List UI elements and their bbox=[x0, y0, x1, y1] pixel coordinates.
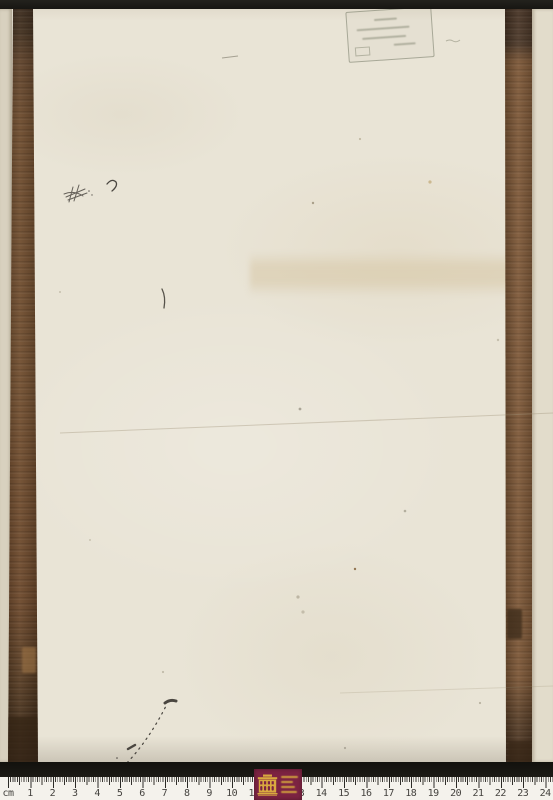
logo-text-line bbox=[281, 786, 295, 788]
ruler-label: 9 bbox=[206, 788, 212, 799]
stamp-text-line bbox=[362, 35, 406, 40]
faint-archive-ink-stamp bbox=[345, 6, 434, 63]
binding-tape-right bbox=[503, 9, 537, 768]
ruler-label: 18 bbox=[405, 788, 416, 799]
ruler-label: cm bbox=[2, 788, 13, 799]
ruler-label: 20 bbox=[450, 788, 461, 799]
ruler-label: 14 bbox=[316, 788, 327, 799]
ruler-label: 24 bbox=[540, 788, 551, 799]
logo-text-line bbox=[281, 781, 293, 783]
tape-wear-patch bbox=[22, 647, 36, 673]
ruler-label: 4 bbox=[94, 788, 100, 799]
ruler-label: 16 bbox=[360, 788, 371, 799]
paper-leaf bbox=[0, 9, 553, 762]
logo-text-line bbox=[281, 791, 297, 793]
ruler-label: 2 bbox=[50, 788, 56, 799]
ruler-label: 1 bbox=[27, 788, 33, 799]
ruler-label: 7 bbox=[162, 788, 168, 799]
ruler-label: 21 bbox=[472, 788, 483, 799]
adjacent-page-edge-right bbox=[532, 9, 553, 762]
archive-logo bbox=[254, 769, 302, 800]
ruler-label: 22 bbox=[495, 788, 506, 799]
tape-dark-patch bbox=[507, 609, 522, 639]
stamp-text-line bbox=[374, 17, 398, 21]
ruler-label: 15 bbox=[338, 788, 349, 799]
logo-text-line bbox=[281, 776, 298, 778]
ruler-label: 3 bbox=[72, 788, 78, 799]
scanned-page: cm12345678910111213141516171819202122232… bbox=[0, 0, 553, 800]
ruler-label: 10 bbox=[226, 788, 237, 799]
scan-gap-band-top bbox=[0, 0, 553, 9]
stamp-text-line bbox=[394, 42, 416, 46]
ruler-label: 19 bbox=[428, 788, 439, 799]
museum-building-icon bbox=[257, 774, 278, 796]
ruler-label: 17 bbox=[383, 788, 394, 799]
ruler-label: 8 bbox=[184, 788, 190, 799]
ruler-label: 5 bbox=[117, 788, 123, 799]
ruler-label: 6 bbox=[139, 788, 145, 799]
stamp-inner-box bbox=[355, 46, 371, 56]
ruler-label: 23 bbox=[517, 788, 528, 799]
stamp-text-line bbox=[357, 26, 410, 32]
paper-stain bbox=[250, 252, 532, 296]
